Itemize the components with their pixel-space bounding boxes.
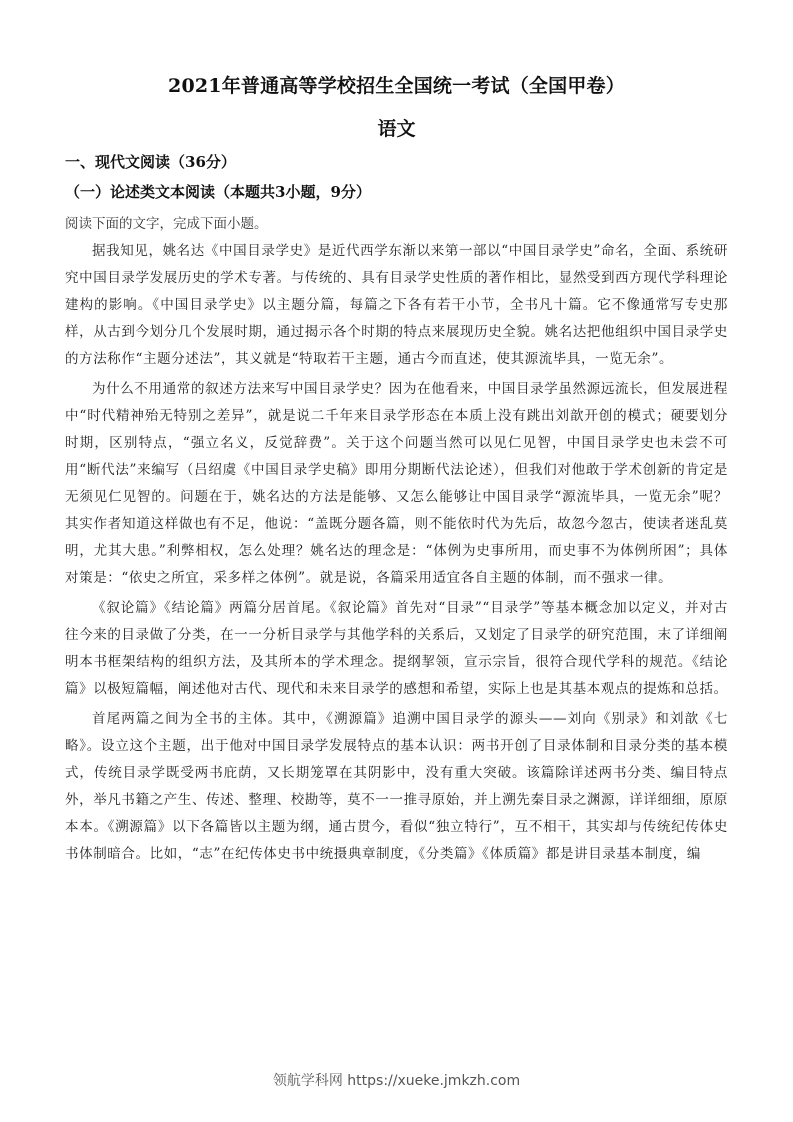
- reading-instruction: 阅读下面的文字，完成下面小题。: [65, 212, 268, 232]
- section-heading: 一、现代文阅读（36分）: [65, 151, 236, 172]
- reading-passage: 据我知见，姚名达《中国目录学史》是近代西学东渐以来第一部以“中国目录学史”命名，…: [65, 238, 728, 871]
- passage-paragraph-2: 为什么不用通常的叙述方法来写中国目录学史？因为在他看来，中国目录学虽然源远流长，…: [65, 376, 728, 592]
- exam-title: 2021年普通高等学校招生全国统一考试（全国甲卷）: [0, 71, 793, 98]
- exam-page: 2021年普通高等学校招生全国统一考试（全国甲卷） 语文 一、现代文阅读（36分…: [0, 0, 793, 1122]
- subject-title: 语文: [0, 114, 793, 141]
- passage-paragraph-4: 首尾两篇之间为全书的主体。其中，《溯源篇》追溯中国目录学的源头——刘向《别录》和…: [65, 706, 728, 868]
- passage-paragraph-1: 据我知见，姚名达《中国目录学史》是近代西学东渐以来第一部以“中国目录学史”命名，…: [65, 238, 728, 373]
- subsection-heading: （一）论述类文本阅读（本题共3小题，9分）: [65, 181, 371, 202]
- passage-paragraph-3: 《叙论篇》《结论篇》两篇分居首尾。《叙论篇》首先对“目录”“目录学”等基本概念加…: [65, 595, 728, 703]
- footer-watermark: 领航学科网 https://xueke.jmkzh.com: [0, 1070, 793, 1090]
